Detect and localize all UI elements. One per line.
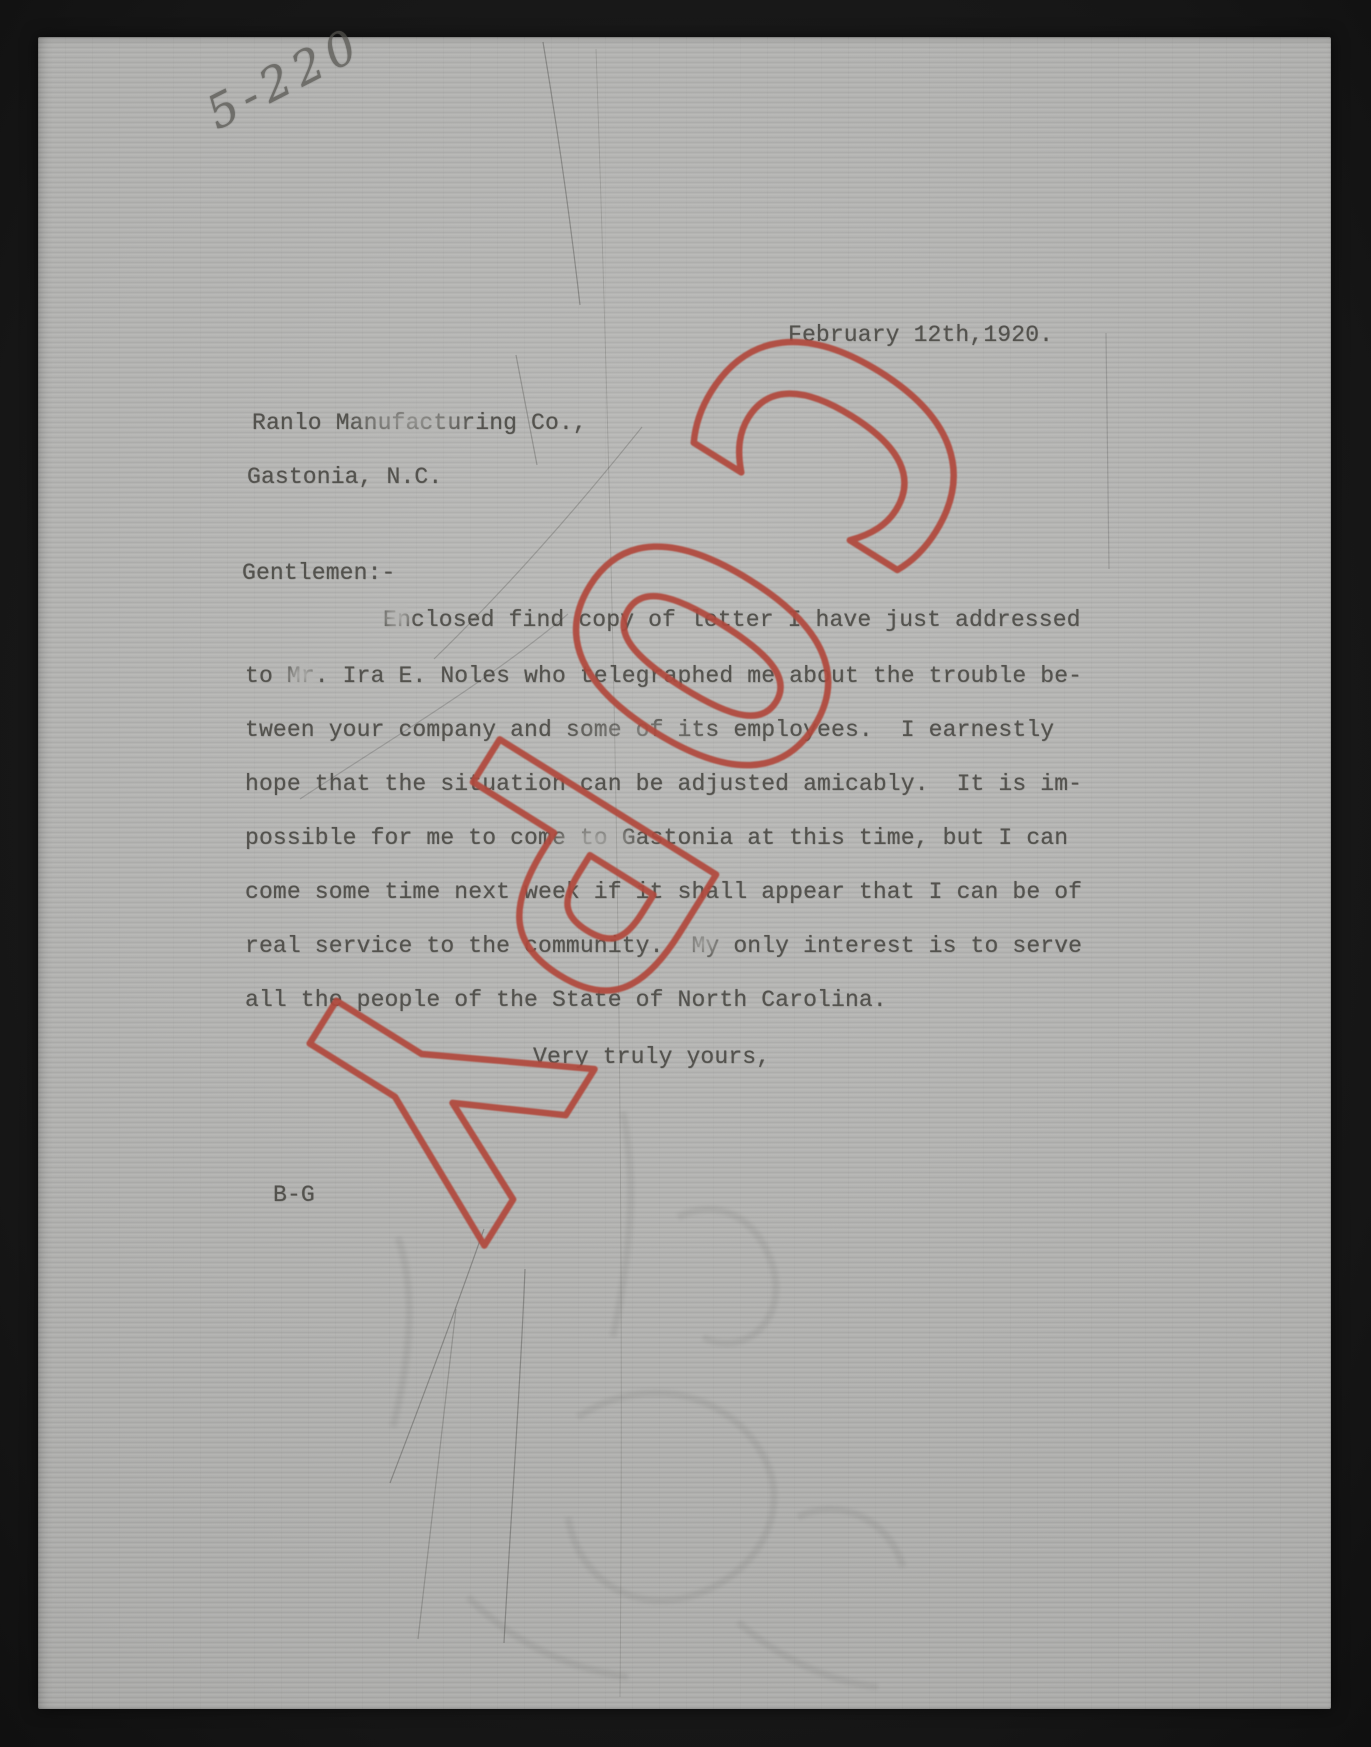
- body-line: real service to the community. My only i…: [245, 932, 1082, 960]
- body-line: hope that the situation can be adjusted …: [245, 770, 1082, 798]
- scan-artifacts-overlay: COPY: [38, 37, 1331, 1709]
- body-line: possible for me to come to Gastonia at t…: [245, 824, 1068, 852]
- bleed-through-ghost: [393, 1112, 903, 1687]
- salutation: Gentlemen:-: [242, 559, 395, 587]
- letter-scan-paper: 5-220 February 12th,1920. Ranlo Manufact…: [38, 37, 1331, 1709]
- typist-initials: B-G: [273, 1181, 315, 1209]
- scanned-letter-stage: 5-220 February 12th,1920. Ranlo Manufact…: [0, 0, 1371, 1747]
- closing-line: Very truly yours,: [533, 1043, 770, 1071]
- body-line: tween your company and some of its emplo…: [245, 716, 1054, 744]
- paper-creases: [300, 42, 1109, 1697]
- recipient-line-2: Gastonia, N.C.: [247, 463, 442, 491]
- body-line: come some time next week if it shall app…: [245, 878, 1082, 906]
- body-line: to Mr. Ira E. Noles who telegraphed me a…: [245, 662, 1082, 690]
- handwritten-annotation: 5-220: [198, 16, 372, 140]
- date-line: February 12th,1920.: [788, 321, 1053, 349]
- recipient-line-1: Ranlo Manufacturing Co.,: [252, 409, 587, 437]
- body-line: all the people of the State of North Car…: [245, 986, 887, 1014]
- body-line: Enclosed find copy of letter I have just…: [383, 606, 1081, 634]
